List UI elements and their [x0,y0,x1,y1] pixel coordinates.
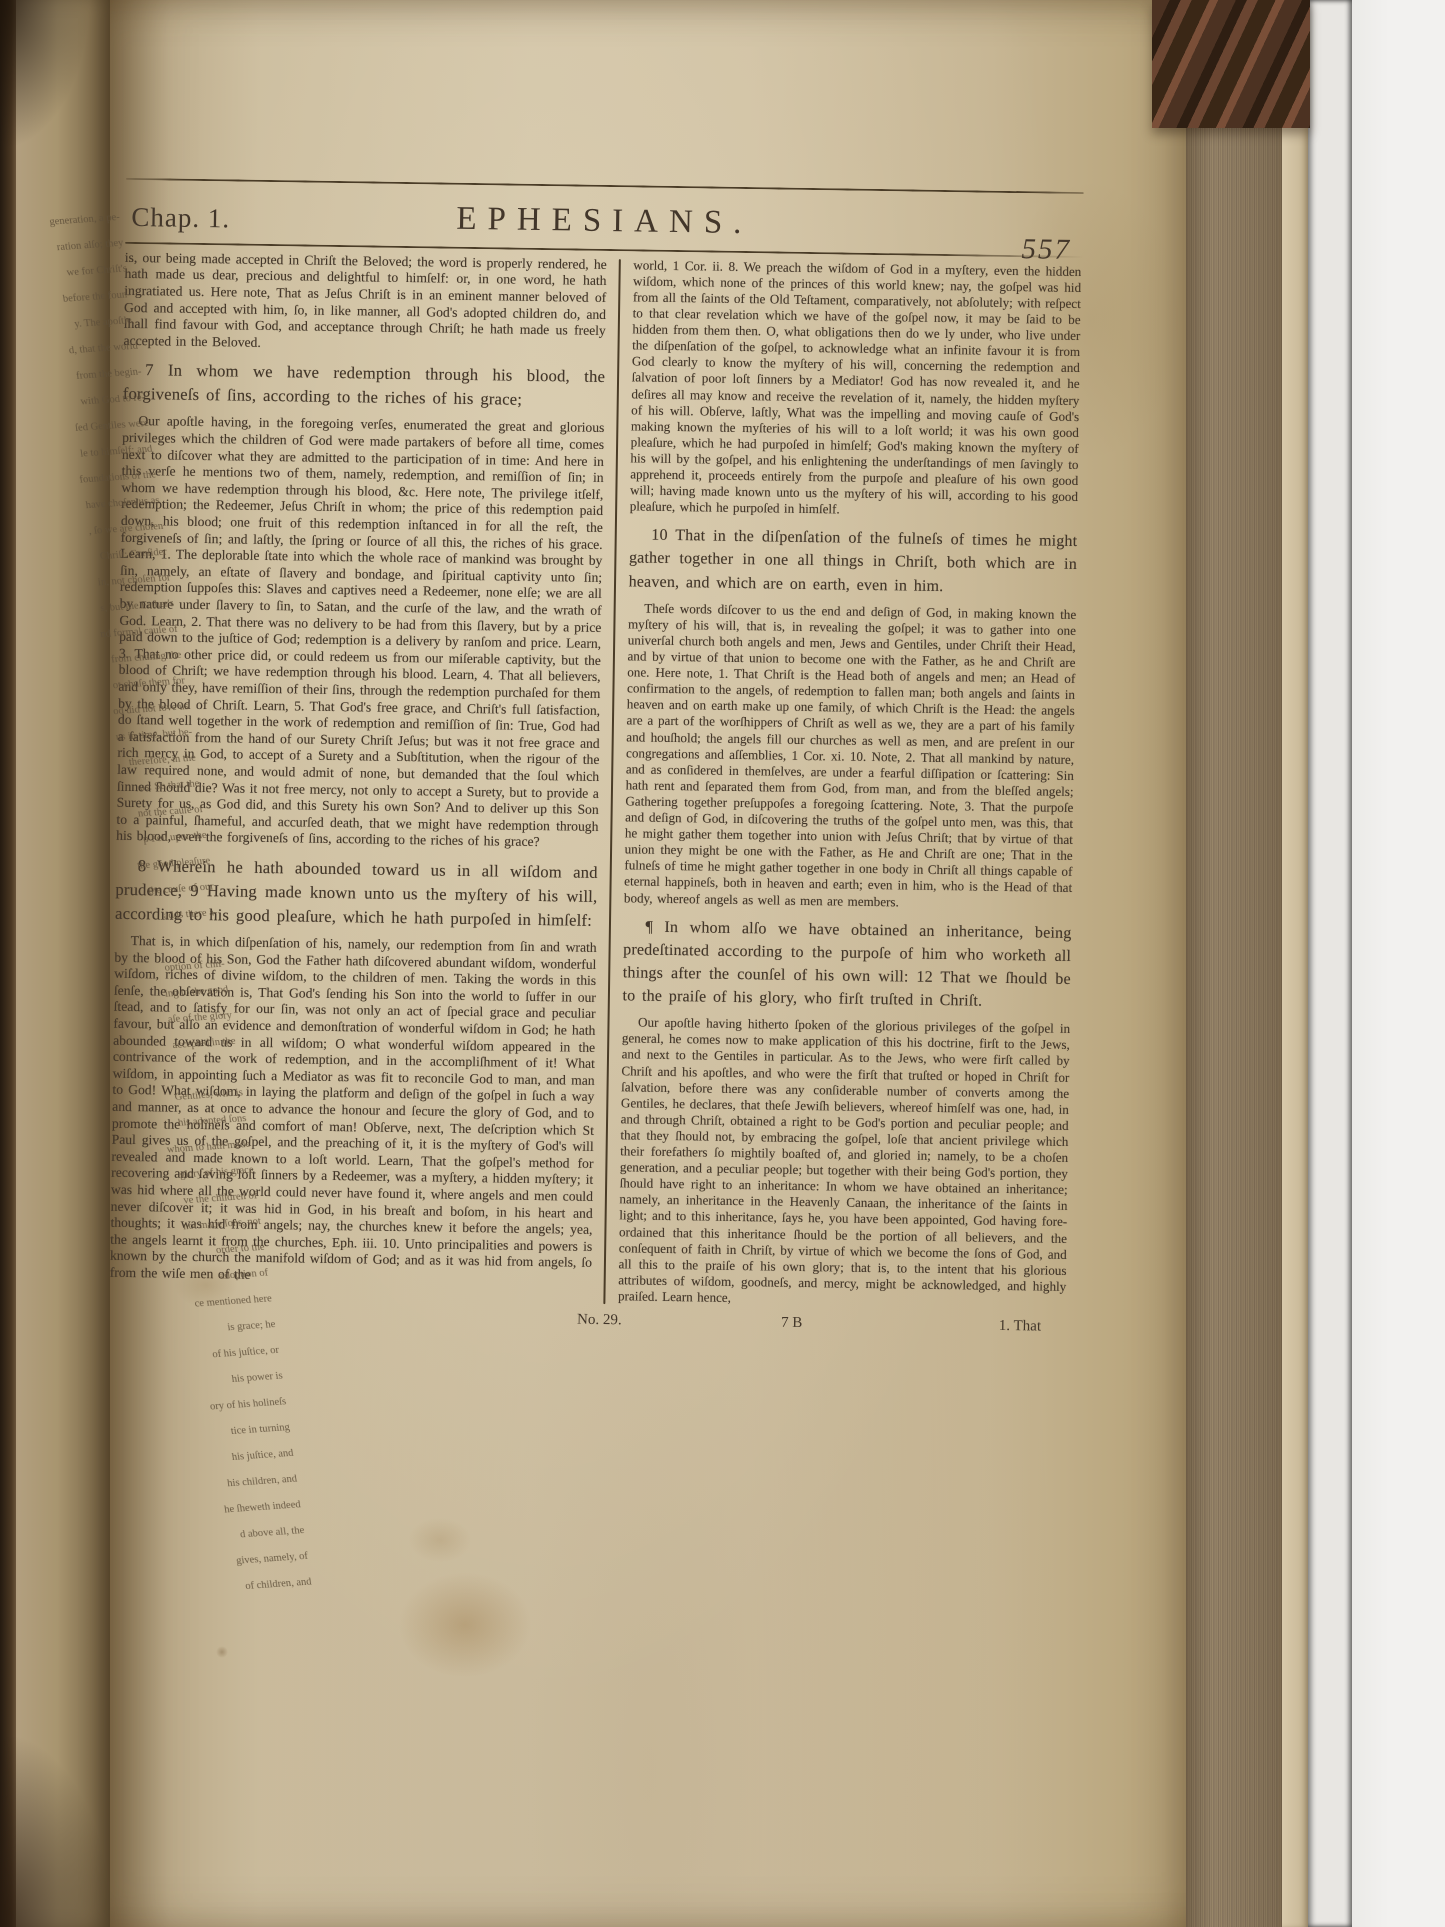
catchword: 1. That [999,1318,1041,1336]
commentary-paragraph: world, 1 Cor. ii. 8. We preach the wiſdo… [630,257,1082,521]
gutter-shadow-bottom [0,1737,110,1927]
inner-board-paper [1282,0,1308,1927]
text-columns: is, our being made accepted in Chriſt th… [109,250,1082,1311]
verse-paragraph: 7 In whom we have redemption through his… [123,358,606,413]
printed-text-block: Chap. 1. EPHESIANS. 557 is, our being ma… [109,178,1084,1341]
leather-binding [1308,0,1352,1927]
page-stack-fore-edge [1186,0,1282,1927]
photo-backdrop [1352,0,1445,1927]
page-title: EPHESIANS. [125,196,1083,247]
book-page: Chap. 1. EPHESIANS. 557 is, our being ma… [110,0,1186,1927]
leather-binding-head [1152,0,1310,128]
commentary-paragraph: is, our being made accepted in Chriſt th… [123,250,606,357]
page-number: 557 [1021,233,1071,267]
column-divider-rule [603,259,620,1304]
header-top-rule [126,178,1084,194]
commentary-paragraph: Our apoſtle having hitherto ſpoken of th… [618,1015,1070,1311]
book-cover-left-edge [0,0,16,1927]
signature-mark: 7 B [781,1315,803,1332]
commentary-paragraph: Theſe words diſcover to us the end and d… [624,600,1076,912]
verse-paragraph: ¶ In whom alſo we have obtained an inher… [622,915,1071,1014]
verse-paragraph: 10 That in the diſpenſation of the fulne… [628,524,1077,600]
previous-page-edge: generation, a pe-ration alſo; theywe for… [14,0,110,1927]
issue-number: No. 29. [577,1312,622,1330]
gutter-shadow-top [0,0,90,150]
column-right: world, 1 Cor. ii. 8. We preach the wiſdo… [618,257,1081,1311]
